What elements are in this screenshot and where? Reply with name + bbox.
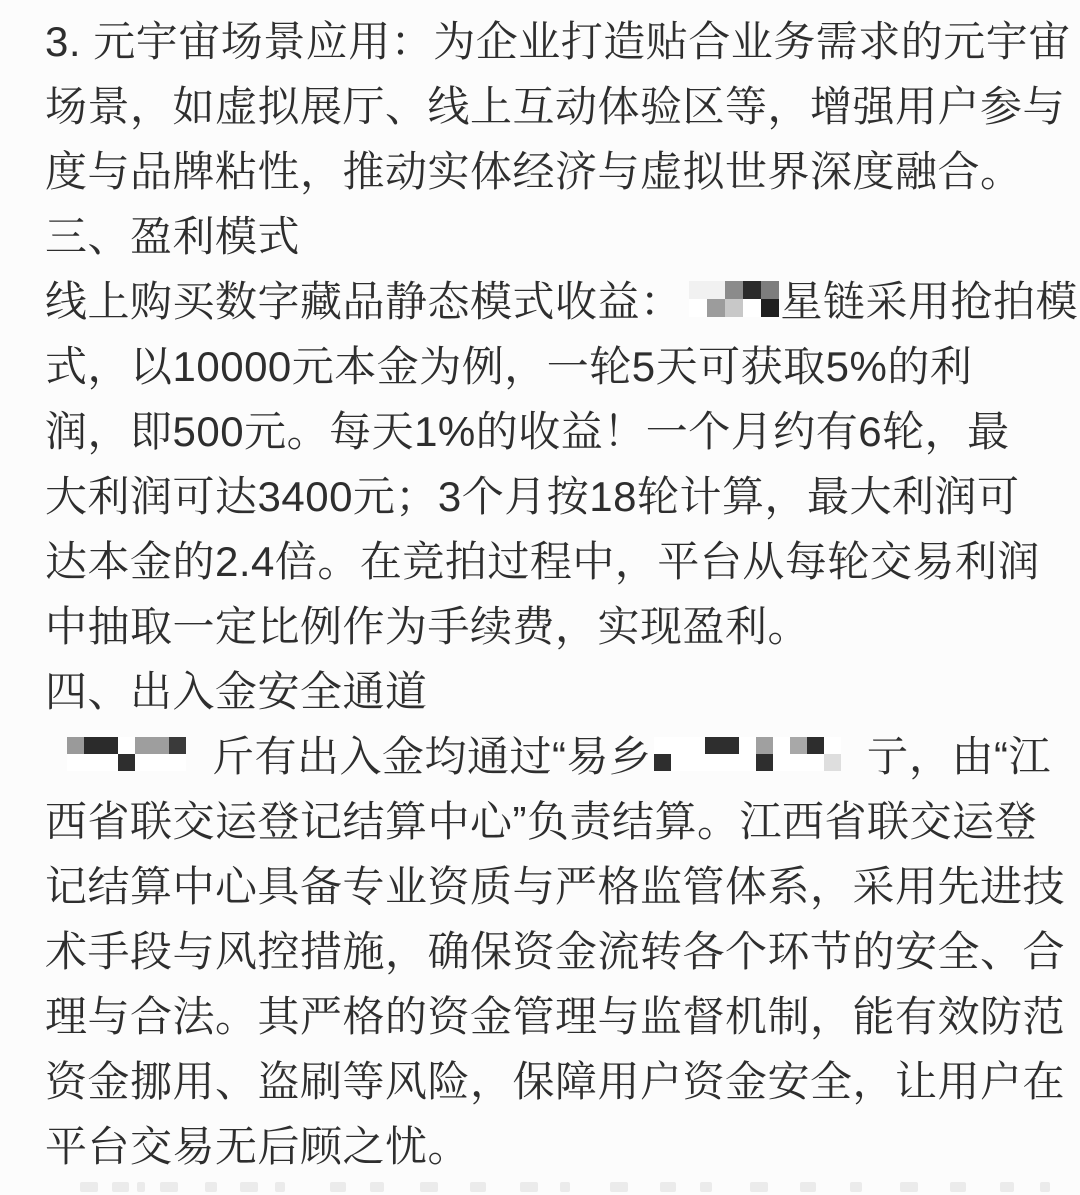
censor-mosaic [654,737,841,771]
text-line: 平台交易无后顾之忧。 [45,1111,1060,1176]
text-line: 理与合法。其严格的资金管理与监督机制，能有效防范 [45,981,1060,1046]
text-segment: 理与合法。其严格的资金管理与监督机制，能有效防范 [45,984,1065,1044]
text-segment: 斤有出入金均通过“易 [212,724,609,784]
text-line: 场景，如虚拟展厅、线上互动体验区等，增强用户参与 [45,71,1060,136]
text-segment: 星链采用抢拍模 [781,269,1079,329]
text-lines: 3. 元宇宙场景应用：为企业打造贴合业务需求的元宇宙场景，如虚拟展厅、线上互动体… [45,6,1060,1176]
cut-off-glyph-top [1040,1182,1050,1192]
text-line: 三、盈利模式 [45,201,1060,266]
cut-off-glyph-top [420,1182,438,1192]
text-segment: 润，即500元。每天1%的收益！一个月约有6轮，最 [45,399,1010,459]
text-segment: 式，以10000元本金为例，一轮5天可获取5%的利 [45,334,972,394]
cut-off-glyph-top [660,1182,676,1192]
cut-off-glyph-top [900,1182,918,1192]
text-line: 四、出入金安全通道 [45,656,1060,721]
text-segment: 资金挪用、盗刷等风险，保障用户资金安全，让用户在 [45,1049,1065,1109]
cut-off-glyph-top [560,1182,570,1192]
cut-off-glyph-top [750,1182,768,1192]
text-line: 润，即500元。每天1%的收益！一个月约有6轮，最 [45,396,1060,461]
cut-off-glyph-top [330,1182,346,1192]
text-line: 达本金的2.4倍。在竞拍过程中，平台从每轮交易利润 [45,526,1060,591]
cut-off-glyph-top [1000,1182,1014,1192]
text-segment: 乡 [609,724,652,784]
text-line: 度与品牌粘性，推动实体经济与虚拟世界深度融合。 [45,136,1060,201]
cut-off-glyph-top [370,1182,384,1192]
text-segment: 场景，如虚拟展厅、线上互动体验区等，增强用户参与 [45,74,1065,134]
cut-off-glyph-top [850,1182,862,1192]
text-line: 式，以10000元本金为例，一轮5天可获取5%的利 [45,331,1060,396]
text-segment: 平台交易无后顾之忧。 [45,1114,470,1174]
cut-off-glyph-top [205,1182,217,1192]
text-segment: 中抽取一定比例作为手续费，实现盈利。 [45,594,810,654]
cut-off-glyph-top [610,1182,628,1192]
censor-mosaic [67,737,186,771]
cut-off-glyph-top [160,1182,178,1192]
text-segment: 度与品牌粘性，推动实体经济与虚拟世界深度融合。 [45,139,1023,199]
text-segment: 四、出入金安全通道 [45,659,428,719]
text-line: 记结算中心具备专业资质与严格监管体系，采用先进技 [45,851,1060,916]
cut-off-glyph-top [137,1182,145,1192]
text-line: 3. 元宇宙场景应用：为企业打造贴合业务需求的元宇宙 [45,6,1060,71]
censor-mosaic [689,281,779,317]
text-line: 资金挪用、盗刷等风险，保障用户资金安全，让用户在 [45,1046,1060,1111]
text-line: 斤有出入金均通过“易乡亍，由“江 [45,721,1060,786]
text-segment: 术手段与风控措施，确保资金流转各个环节的安全、合 [45,919,1065,979]
cut-off-glyph-top [470,1182,486,1192]
text-line: 西省联交运登记结算中心”负责结算。江西省联交运登 [45,786,1060,851]
cut-off-glyph-top [275,1182,285,1192]
text-line: 中抽取一定比例作为手续费，实现盈利。 [45,591,1060,656]
article-page: 3. 元宇宙场景应用：为企业打造贴合业务需求的元宇宙场景，如虚拟展厅、线上互动体… [0,0,1080,1195]
text-segment: 3. 元宇宙场景应用：为企业打造贴合业务需求的元宇宙 [45,9,1071,69]
text-line: 术手段与风控措施，确保资金流转各个环节的安全、合 [45,916,1060,981]
cut-off-glyph-top [80,1182,98,1192]
text-segment: 三、盈利模式 [45,204,300,264]
cut-off-glyph-top [700,1182,712,1192]
text-segment: 大利润可达3400元；3个月按18轮计算，最大利润可 [45,464,1020,524]
cut-off-glyph-top [520,1182,538,1192]
text-segment: 西省联交运登记结算中心”负责结算。江西省联交运登 [45,789,1037,849]
text-segment: 记结算中心具备专业资质与严格监管体系，采用先进技 [45,854,1065,914]
cut-off-glyph-top [950,1182,966,1192]
cut-off-glyph-top [240,1182,258,1192]
cut-off-glyph-top [112,1182,129,1192]
text-line: 线上购买数字藏品静态模式收益：星链采用抢拍模 [45,266,1060,331]
text-segment: 线上购买数字藏品静态模式收益： [45,269,683,329]
text-line: 大利润可达3400元；3个月按18轮计算，最大利润可 [45,461,1060,526]
text-segment: 达本金的2.4倍。在竞拍过程中，平台从每轮交易利润 [45,529,1040,589]
cut-off-glyph-top [800,1182,816,1192]
text-segment: 亍，由“江 [867,724,1052,784]
